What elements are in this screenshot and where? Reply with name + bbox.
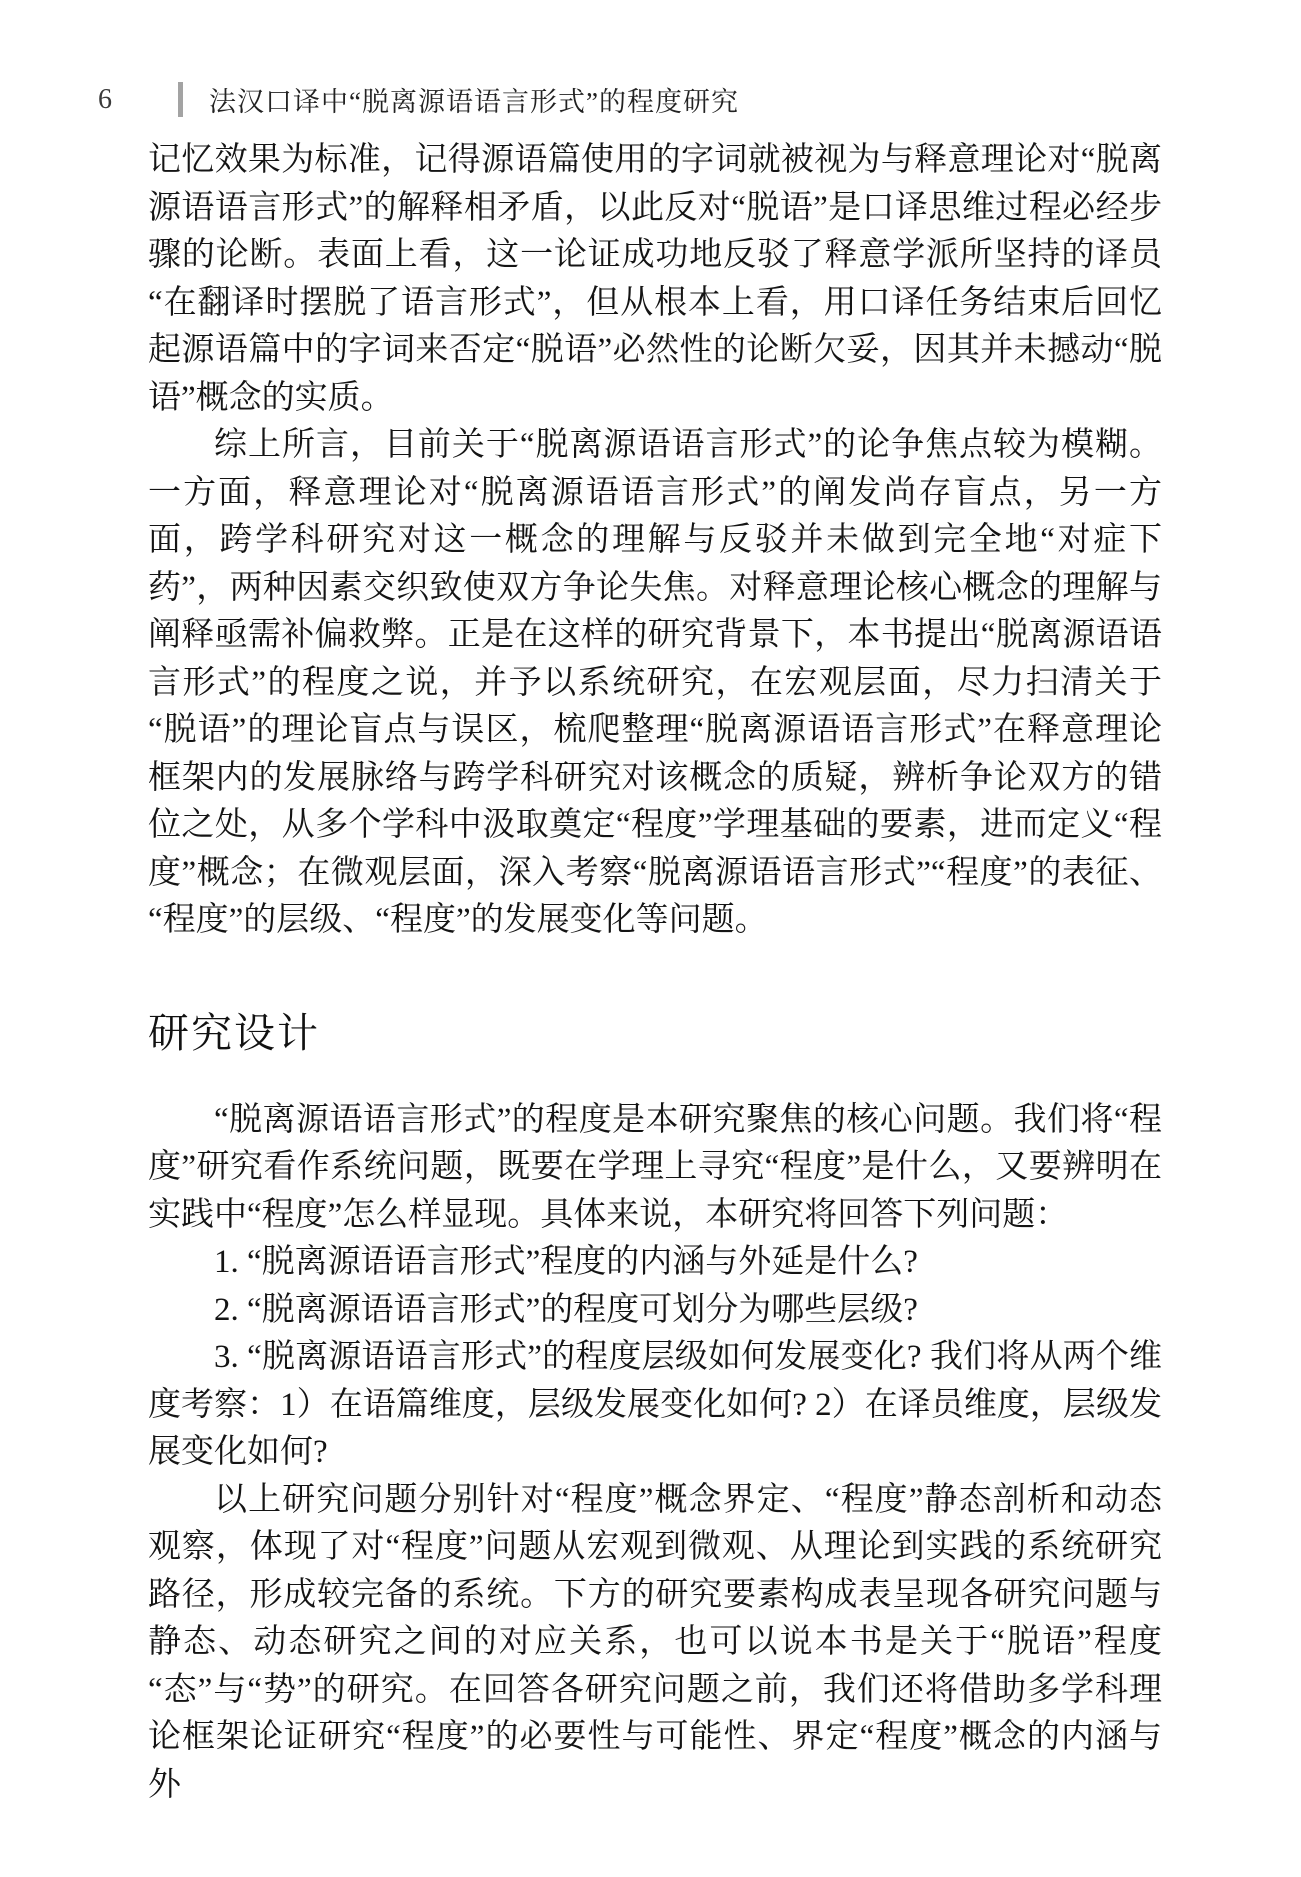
research-question-1: 1. “脱离源语语言形式”程度的内涵与外延是什么? [148, 1239, 1162, 1287]
section-heading: 研究设计 [148, 1007, 1162, 1059]
paragraph: “脱离源语语言形式”的程度是本研究聚焦的核心问题。我们将“程度”研究看作系统问题… [148, 1097, 1162, 1240]
page-header: 6 法汉口译中“脱离源语语言形式”的程度研究 [98, 80, 739, 119]
paragraph-continued: 记忆效果为标准，记得源语篇使用的字词就被视为与释意理论对“脱离源语语言形式”的解… [148, 137, 1162, 422]
header-divider-bar [178, 82, 183, 117]
paragraph: 以上研究问题分别针对“程度”概念界定、“程度”静态剖析和动态观察，体现了对“程度… [148, 1477, 1162, 1810]
page-body: 记忆效果为标准，记得源语篇使用的字词就被视为与释意理论对“脱离源语语言形式”的解… [148, 137, 1162, 1809]
research-question-3: 3. “脱离源语语言形式”的程度层级如何发展变化? 我们将从两个维度考察：1）在… [148, 1334, 1162, 1477]
paragraph: 综上所言，目前关于“脱离源语语言形式”的论争焦点较为模糊。一方面，释意理论对“脱… [148, 422, 1162, 945]
page-number: 6 [98, 84, 156, 116]
research-question-2: 2. “脱离源语语言形式”的程度可划分为哪些层级? [148, 1287, 1162, 1335]
running-title: 法汉口译中“脱离源语语言形式”的程度研究 [209, 80, 739, 119]
book-page: 6 法汉口译中“脱离源语语言形式”的程度研究 记忆效果为标准，记得源语篇使用的字… [0, 0, 1301, 1877]
